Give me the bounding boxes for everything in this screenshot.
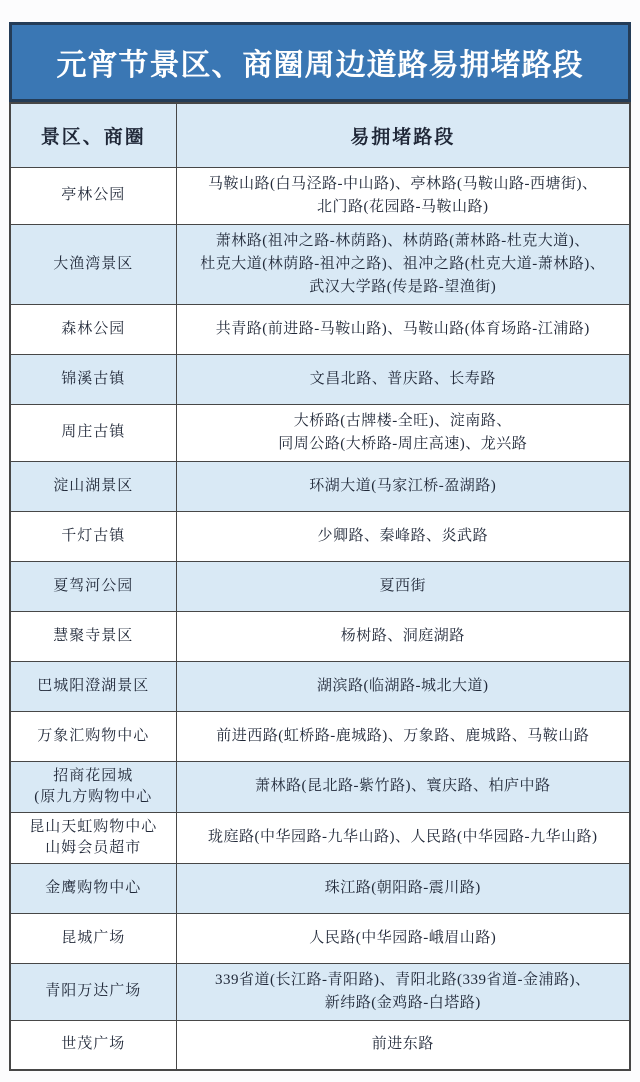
- road-segment-line: 珠江路(朝阳路-震川路): [187, 877, 620, 900]
- area-cell: 昆山天虹购物中心山姆会员超市: [10, 812, 176, 863]
- area-cell: 亭林公园: [10, 167, 176, 224]
- area-name-line: 青阳万达广场: [15, 981, 172, 1002]
- header-row: 景区、商圈 易拥堵路段: [10, 103, 630, 167]
- roads-cell: 珑庭路(中华园路-九华山路)、人民路(中华园路-九华山路): [176, 812, 630, 863]
- area-cell: 巴城阳澄湖景区: [10, 661, 176, 711]
- area-name-line: 千灯古镇: [15, 526, 172, 547]
- area-cell: 金鹰购物中心: [10, 863, 176, 913]
- area-cell: 世茂广场: [10, 1020, 176, 1070]
- road-segment-line: 前进西路(虹桥路-鹿城路)、万象路、鹿城路、马鞍山路: [187, 725, 620, 748]
- roads-cell: 前进西路(虹桥路-鹿城路)、万象路、鹿城路、马鞍山路: [176, 711, 630, 761]
- roads-cell: 人民路(中华园路-峨眉山路): [176, 913, 630, 963]
- road-segment-line: 新纬路(金鸡路-白塔路): [187, 992, 620, 1015]
- road-segment-line: 同周公路(大桥路-周庄高速)、龙兴路: [187, 433, 620, 456]
- area-cell: 大渔湾景区: [10, 224, 176, 304]
- road-segment-line: 少卿路、秦峰路、炎武路: [187, 525, 620, 548]
- table-row: 森林公园共青路(前进路-马鞍山路)、马鞍山路(体育场路-江浦路): [10, 304, 630, 354]
- road-segment-line: 文昌北路、普庆路、长寿路: [187, 368, 620, 391]
- area-name-line: 大渔湾景区: [15, 254, 172, 275]
- area-name-line: 锦溪古镇: [15, 369, 172, 390]
- table-row: 慧聚寺景区杨树路、洞庭湖路: [10, 611, 630, 661]
- road-segment-line: 人民路(中华园路-峨眉山路): [187, 927, 620, 950]
- table-row: 夏驾河公园夏西街: [10, 561, 630, 611]
- road-segment-line: 大桥路(古牌楼-全旺)、淀南路、: [187, 410, 620, 433]
- roads-cell: 环湖大道(马家江桥-盈湖路): [176, 461, 630, 511]
- roads-cell: 珠江路(朝阳路-震川路): [176, 863, 630, 913]
- table-row: 锦溪古镇文昌北路、普庆路、长寿路: [10, 354, 630, 404]
- area-name-line: 巴城阳澄湖景区: [15, 676, 172, 697]
- road-segment-line: 马鞍山路(白马泾路-中山路)、亭林路(马鞍山路-西塘街)、: [187, 173, 620, 196]
- table-row: 亭林公园马鞍山路(白马泾路-中山路)、亭林路(马鞍山路-西塘街)、北门路(花园路…: [10, 167, 630, 224]
- table-row: 巴城阳澄湖景区湖滨路(临湖路-城北大道): [10, 661, 630, 711]
- area-name-line: 夏驾河公园: [15, 576, 172, 597]
- road-segment-line: 萧林路(祖冲之路-林荫路)、林荫路(萧林路-杜克大道)、: [187, 230, 620, 253]
- table-row: 周庄古镇大桥路(古牌楼-全旺)、淀南路、同周公路(大桥路-周庄高速)、龙兴路: [10, 404, 630, 461]
- area-name-line: 山姆会员超市: [15, 838, 172, 859]
- area-cell: 锦溪古镇: [10, 354, 176, 404]
- page: 元宵节景区、商圈周边道路易拥堵路段 景区、商圈 易拥堵路段 亭林公园马鞍山路(白…: [0, 0, 640, 1082]
- area-cell: 淀山湖景区: [10, 461, 176, 511]
- area-cell: 森林公园: [10, 304, 176, 354]
- area-cell: 千灯古镇: [10, 511, 176, 561]
- area-cell: 万象汇购物中心: [10, 711, 176, 761]
- table-row: 昆山天虹购物中心山姆会员超市珑庭路(中华园路-九华山路)、人民路(中华园路-九华…: [10, 812, 630, 863]
- table-row: 淀山湖景区环湖大道(马家江桥-盈湖路): [10, 461, 630, 511]
- page-title: 元宵节景区、商圈周边道路易拥堵路段: [57, 40, 584, 84]
- area-cell: 青阳万达广场: [10, 963, 176, 1020]
- area-name-line: 周庄古镇: [15, 422, 172, 443]
- roads-cell: 湖滨路(临湖路-城北大道): [176, 661, 630, 711]
- area-cell: 昆城广场: [10, 913, 176, 963]
- area-cell: 夏驾河公园: [10, 561, 176, 611]
- congestion-table-body: 亭林公园马鞍山路(白马泾路-中山路)、亭林路(马鞍山路-西塘街)、北门路(花园路…: [10, 167, 630, 1070]
- area-name-line: 昆城广场: [15, 928, 172, 949]
- road-segment-line: 湖滨路(临湖路-城北大道): [187, 675, 620, 698]
- roads-cell: 339省道(长江路-青阳路)、青阳北路(339省道-金浦路)、新纬路(金鸡路-白…: [176, 963, 630, 1020]
- table-row: 千灯古镇少卿路、秦峰路、炎武路: [10, 511, 630, 561]
- area-cell: 周庄古镇: [10, 404, 176, 461]
- table-row: 青阳万达广场339省道(长江路-青阳路)、青阳北路(339省道-金浦路)、新纬路…: [10, 963, 630, 1020]
- road-segment-line: 339省道(长江路-青阳路)、青阳北路(339省道-金浦路)、: [187, 969, 620, 992]
- roads-cell: 共青路(前进路-马鞍山路)、马鞍山路(体育场路-江浦路): [176, 304, 630, 354]
- column-header-roads: 易拥堵路段: [176, 103, 630, 167]
- road-segment-line: 共青路(前进路-马鞍山路)、马鞍山路(体育场路-江浦路): [187, 318, 620, 341]
- congestion-table: 景区、商圈 易拥堵路段 亭林公园马鞍山路(白马泾路-中山路)、亭林路(马鞍山路-…: [9, 102, 631, 1071]
- area-cell: 慧聚寺景区: [10, 611, 176, 661]
- area-name-line: 昆山天虹购物中心: [15, 817, 172, 838]
- area-name-line: 金鹰购物中心: [15, 878, 172, 899]
- area-name-line: 慧聚寺景区: [15, 626, 172, 647]
- road-segment-line: 珑庭路(中华园路-九华山路)、人民路(中华园路-九华山路): [187, 826, 620, 849]
- road-segment-line: 夏西街: [187, 575, 620, 598]
- road-segment-line: 前进东路: [187, 1033, 620, 1056]
- table-row: 万象汇购物中心前进西路(虹桥路-鹿城路)、万象路、鹿城路、马鞍山路: [10, 711, 630, 761]
- roads-cell: 大桥路(古牌楼-全旺)、淀南路、同周公路(大桥路-周庄高速)、龙兴路: [176, 404, 630, 461]
- area-name-line: 万象汇购物中心: [15, 726, 172, 747]
- road-segment-line: 杨树路、洞庭湖路: [187, 625, 620, 648]
- road-segment-line: 杜克大道(林荫路-祖冲之路)、祖冲之路(杜克大道-萧林路)、: [187, 253, 620, 276]
- road-segment-line: 环湖大道(马家江桥-盈湖路): [187, 475, 620, 498]
- table-row: 大渔湾景区萧林路(祖冲之路-林荫路)、林荫路(萧林路-杜克大道)、杜克大道(林荫…: [10, 224, 630, 304]
- roads-cell: 夏西街: [176, 561, 630, 611]
- column-header-area: 景区、商圈: [10, 103, 176, 167]
- roads-cell: 文昌北路、普庆路、长寿路: [176, 354, 630, 404]
- road-segment-line: 北门路(花园路-马鞍山路): [187, 196, 620, 219]
- table-row: 昆城广场人民路(中华园路-峨眉山路): [10, 913, 630, 963]
- table-row: 招商花园城(原九方购物中心萧林路(昆北路-紫竹路)、寰庆路、柏庐中路: [10, 761, 630, 812]
- roads-cell: 少卿路、秦峰路、炎武路: [176, 511, 630, 561]
- title-banner: 元宵节景区、商圈周边道路易拥堵路段: [9, 22, 631, 102]
- area-name-line: (原九方购物中心: [15, 787, 172, 808]
- table-row: 世茂广场前进东路: [10, 1020, 630, 1070]
- road-segment-line: 萧林路(昆北路-紫竹路)、寰庆路、柏庐中路: [187, 775, 620, 798]
- roads-cell: 马鞍山路(白马泾路-中山路)、亭林路(马鞍山路-西塘街)、北门路(花园路-马鞍山…: [176, 167, 630, 224]
- area-name-line: 世茂广场: [15, 1034, 172, 1055]
- area-name-line: 淀山湖景区: [15, 476, 172, 497]
- area-name-line: 招商花园城: [15, 766, 172, 787]
- road-segment-line: 武汉大学路(传是路-望渔街): [187, 276, 620, 299]
- area-name-line: 亭林公园: [15, 185, 172, 206]
- area-cell: 招商花园城(原九方购物中心: [10, 761, 176, 812]
- table-header: 景区、商圈 易拥堵路段: [10, 103, 630, 167]
- table-row: 金鹰购物中心珠江路(朝阳路-震川路): [10, 863, 630, 913]
- roads-cell: 萧林路(昆北路-紫竹路)、寰庆路、柏庐中路: [176, 761, 630, 812]
- roads-cell: 杨树路、洞庭湖路: [176, 611, 630, 661]
- area-name-line: 森林公园: [15, 319, 172, 340]
- roads-cell: 萧林路(祖冲之路-林荫路)、林荫路(萧林路-杜克大道)、杜克大道(林荫路-祖冲之…: [176, 224, 630, 304]
- roads-cell: 前进东路: [176, 1020, 630, 1070]
